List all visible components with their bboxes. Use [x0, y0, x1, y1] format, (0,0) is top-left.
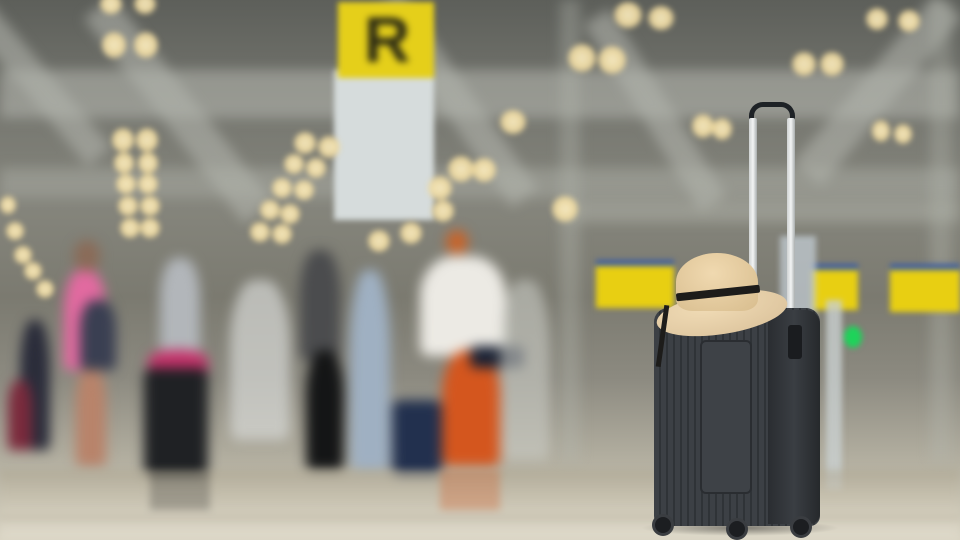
- airport-photo: R: [0, 0, 960, 540]
- lock-icon: [788, 325, 802, 359]
